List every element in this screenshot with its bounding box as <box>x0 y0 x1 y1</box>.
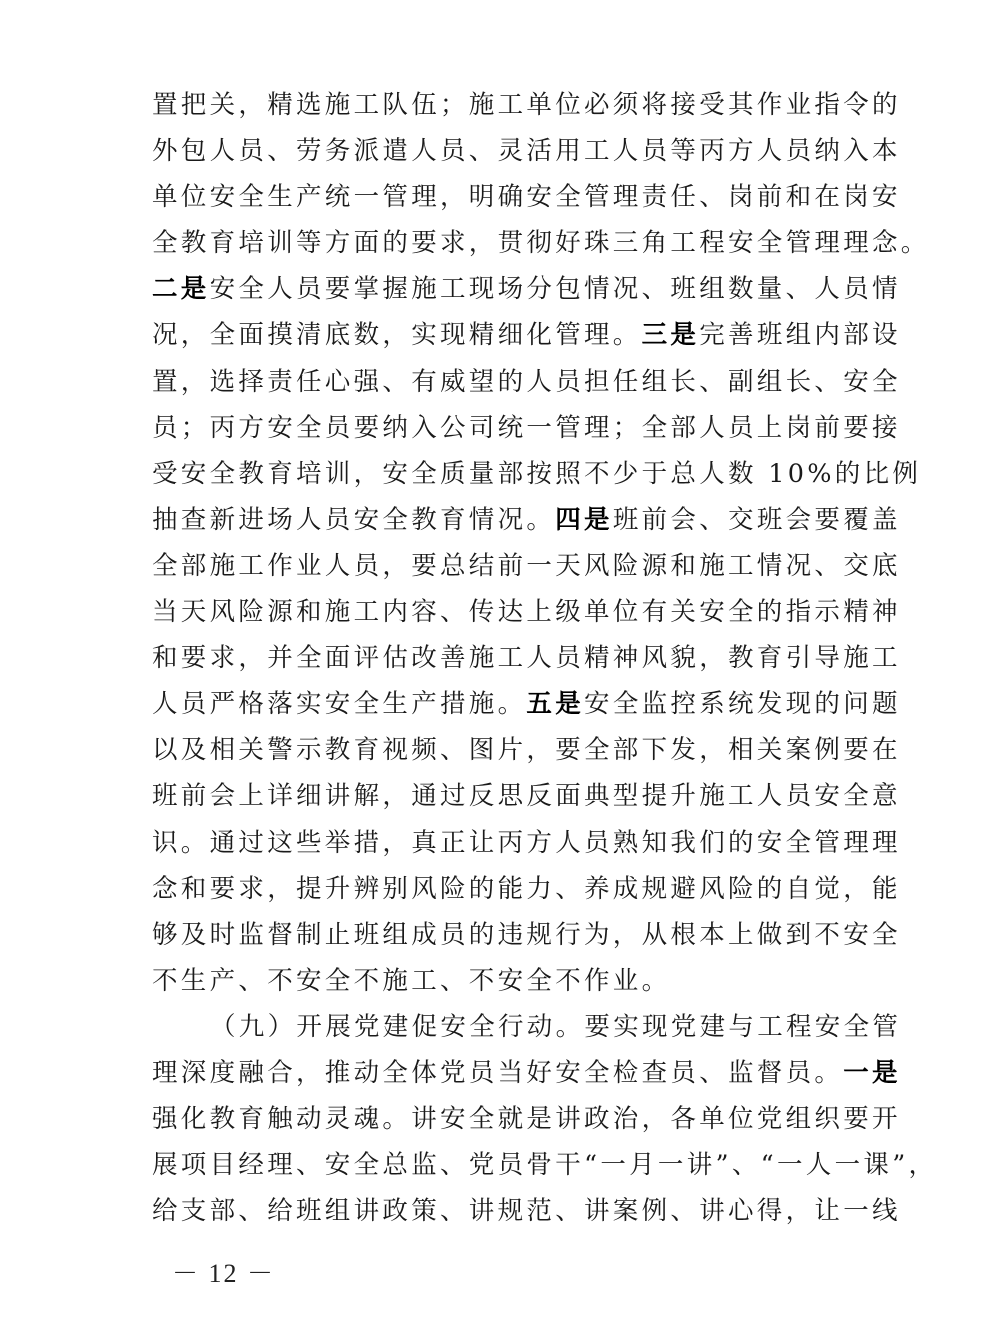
paragraph: 置把关，精选施工队伍；施工单位必须将接受其作业指令的外包人员、劳务派遣人员、灵活… <box>152 82 852 1004</box>
text-segment: 抽查新进场人员安全教育情况。 <box>152 505 555 535</box>
text-line: 置，选择责任心强、有威望的人员担任组长、副组长、安全 <box>152 359 852 405</box>
text-segment: 人员严格落实安全生产措施。 <box>152 689 526 719</box>
bold-lead-phrase: 二是 <box>152 274 210 304</box>
text-line: 全部施工作业人员，要总结前一天风险源和施工情况、交底 <box>152 543 852 589</box>
text-segment: 置把关，精选施工队伍；施工单位必须将接受其作业指令的 <box>152 90 901 120</box>
text-segment: 全部施工作业人员，要总结前一天风险源和施工情况、交底 <box>152 551 901 581</box>
text-line: 给支部、给班组讲政策、讲规范、讲案例、讲心得，让一线 <box>152 1188 852 1234</box>
text-line: 和要求，并全面评估改善施工人员精神风貌，教育引导施工 <box>152 635 852 681</box>
document-page: 置把关，精选施工队伍；施工单位必须将接受其作业指令的外包人员、劳务派遣人员、灵活… <box>152 82 852 1234</box>
text-segment: 单位安全生产统一管理，明确安全管理责任、岗前和在岗安 <box>152 182 901 212</box>
text-line: 人员严格落实安全生产措施。五是安全监控系统发现的问题 <box>152 681 852 727</box>
text-line: 够及时监督制止班组成员的违规行为，从根本上做到不安全 <box>152 912 852 958</box>
text-line: 受安全教育培训，安全质量部按照不少于总人数 10%的比例 <box>152 451 852 497</box>
paragraph: （九）开展党建促安全行动。要实现党建与工程安全管理深度融合，推动全体党员当好安全… <box>152 1004 852 1234</box>
text-line: 念和要求，提升辨别风险的能力、养成规避风险的自觉，能 <box>152 866 852 912</box>
text-segment: 当天风险源和施工内容、传达上级单位有关安全的指示精神 <box>152 597 901 627</box>
text-line: 况，全面摸清底数，实现精细化管理。三是完善班组内部设 <box>152 312 852 358</box>
document-body: 置把关，精选施工队伍；施工单位必须将接受其作业指令的外包人员、劳务派遣人员、灵活… <box>152 82 852 1234</box>
text-segment: 识。通过这些举措，真正让丙方人员熟知我们的安全管理理 <box>152 828 901 858</box>
bold-lead-phrase: 一是 <box>843 1058 901 1088</box>
text-segment: 安全人员要掌握施工现场分包情况、班组数量、人员情 <box>210 274 901 304</box>
bold-lead-phrase: 三是 <box>642 320 700 350</box>
text-segment: 念和要求，提升辨别风险的能力、养成规避风险的自觉，能 <box>152 874 901 904</box>
text-line: 当天风险源和施工内容、传达上级单位有关安全的指示精神 <box>152 589 852 635</box>
text-segment: 完善班组内部设 <box>699 320 901 350</box>
text-line: 以及相关警示教育视频、图片，要全部下发，相关案例要在 <box>152 727 852 773</box>
text-segment: 理深度融合，推动全体党员当好安全检查员、监督员。 <box>152 1058 843 1088</box>
text-line: 单位安全生产统一管理，明确安全管理责任、岗前和在岗安 <box>152 174 852 220</box>
bold-lead-phrase: 五是 <box>526 689 584 719</box>
text-segment: 受安全教育培训，安全质量部按照不少于总人数 10%的比例 <box>152 459 921 489</box>
text-line: 二是安全人员要掌握施工现场分包情况、班组数量、人员情 <box>152 266 852 312</box>
text-segment: 展项目经理、安全总监、党员骨干“一月一讲”、“一人一课”， <box>152 1150 937 1180</box>
text-line: （九）开展党建促安全行动。要实现党建与工程安全管 <box>152 1004 852 1050</box>
text-segment: 安全监控系统发现的问题 <box>584 689 901 719</box>
text-segment: 和要求，并全面评估改善施工人员精神风貌，教育引导施工 <box>152 643 901 673</box>
text-line: 强化教育触动灵魂。讲安全就是讲政治，各单位党组织要开 <box>152 1096 852 1142</box>
text-line: 抽查新进场人员安全教育情况。四是班前会、交班会要覆盖 <box>152 497 852 543</box>
text-line: 理深度融合，推动全体党员当好安全检查员、监督员。一是 <box>152 1050 852 1096</box>
page-number: － 12 － <box>172 1253 275 1290</box>
text-segment: 置，选择责任心强、有威望的人员担任组长、副组长、安全 <box>152 367 901 397</box>
text-segment: 班前会上详细讲解，通过反思反面典型提升施工人员安全意 <box>152 781 901 811</box>
text-line: 置把关，精选施工队伍；施工单位必须将接受其作业指令的 <box>152 82 852 128</box>
text-line: 班前会上详细讲解，通过反思反面典型提升施工人员安全意 <box>152 773 852 819</box>
bold-lead-phrase: 四是 <box>555 505 613 535</box>
text-segment: （九）开展党建促安全行动。要实现党建与工程安全管 <box>210 1012 901 1042</box>
text-line: 员；丙方安全员要纳入公司统一管理；全部人员上岗前要接 <box>152 405 852 451</box>
text-segment: 况，全面摸清底数，实现精细化管理。 <box>152 320 642 350</box>
text-line: 外包人员、劳务派遣人员、灵活用工人员等丙方人员纳入本 <box>152 128 852 174</box>
text-line: 全教育培训等方面的要求，贯彻好珠三角工程安全管理理念。 <box>152 220 852 266</box>
text-segment: 班前会、交班会要覆盖 <box>613 505 901 535</box>
text-segment: 够及时监督制止班组成员的违规行为，从根本上做到不安全 <box>152 920 901 950</box>
text-segment: 全教育培训等方面的要求，贯彻好珠三角工程安全管理理念。 <box>152 228 930 258</box>
text-segment: 外包人员、劳务派遣人员、灵活用工人员等丙方人员纳入本 <box>152 136 901 166</box>
text-line: 展项目经理、安全总监、党员骨干“一月一讲”、“一人一课”， <box>152 1142 852 1188</box>
text-line: 识。通过这些举措，真正让丙方人员熟知我们的安全管理理 <box>152 820 852 866</box>
text-segment: 不生产、不安全不施工、不安全不作业。 <box>152 966 670 996</box>
text-segment: 给支部、给班组讲政策、讲规范、讲案例、讲心得，让一线 <box>152 1196 901 1226</box>
text-line: 不生产、不安全不施工、不安全不作业。 <box>152 958 852 1004</box>
text-segment: 员；丙方安全员要纳入公司统一管理；全部人员上岗前要接 <box>152 413 901 443</box>
text-segment: 强化教育触动灵魂。讲安全就是讲政治，各单位党组织要开 <box>152 1104 901 1134</box>
text-segment: 以及相关警示教育视频、图片，要全部下发，相关案例要在 <box>152 735 901 765</box>
